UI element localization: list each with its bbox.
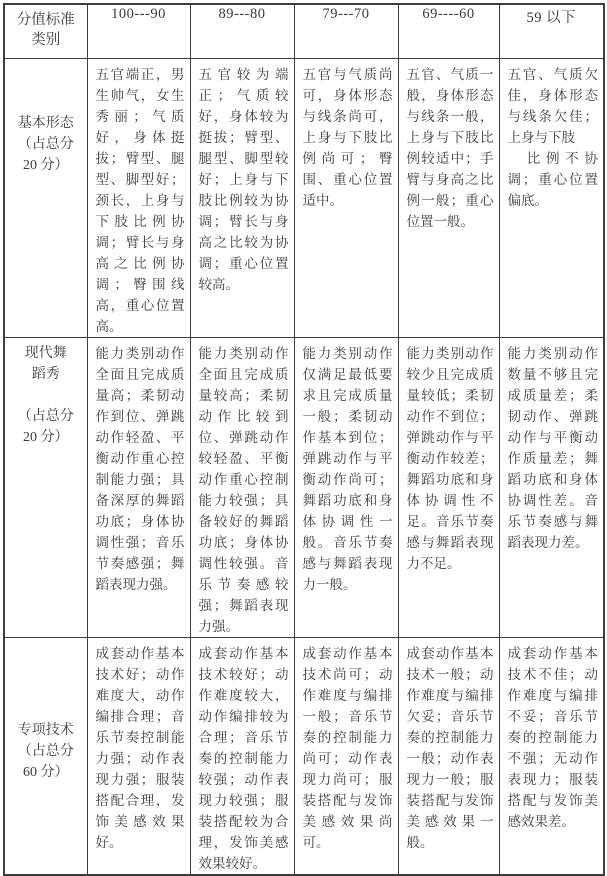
criteria-cell: 能力类别动作全面且完成质量高；柔韧动作到位、弹跳动作轻盈、平衡动作重心控制能力强… [87,337,190,637]
criteria-cell: 五官、气质一般，身体形态与线条一般，上身与下肢比例较适中；手臂与身高之比例一般；… [398,58,499,337]
score-range-header-79-70: 79---70 [294,4,398,58]
criteria-cell: 能力类别动作数量不够且完成质量差；柔韧动作、弹跳动作与平衡动作质量差；舞蹈功底和… [499,337,604,637]
criteria-cell: 成套动作基本技术较好；动作难度较大，动作编排较为合理；音乐节奏的控制能力较强；动… [190,637,294,875]
criteria-cell: 五官端正，男生帅气，女生秀丽；气质好，身体挺拔；臂型、腿型、脚型好；颈长，上身与… [87,58,190,337]
criteria-cell: 成套动作基本技术尚可；动作难度与编排一般；音乐节奏的控制能力尚可；动作表现力尚可… [294,637,398,875]
table-row-modern-dance: 现代舞 蹈秀 （占总分 20 分） 能力类别动作全面且完成质量高；柔韧动作到位、… [4,337,604,637]
criteria-cell: 能力类别动作较少且完成质量较低；柔韧动作不到位；弹跳动作与平衡动作较差；舞蹈功底… [398,337,499,637]
category-cell-modern-dance: 现代舞 蹈秀 （占总分 20 分） [4,337,87,637]
criteria-cell: 能力类别动作全面且完成质量较高；柔韧动作比较到位、弹跳动作较轻盈、平衡动作重心控… [190,337,294,637]
score-range-header-89-80: 89---80 [190,4,294,58]
scoring-rubric-table: 分值标准 类别 100---90 89---80 79---70 69----6… [3,3,605,876]
document-page: 分值标准 类别 100---90 89---80 79---70 69----6… [0,0,607,834]
criteria-cell: 能力类别动作仅满足最低要求且完成质量一般；柔韧动作基本到位；弹跳动作与平衡动作尚… [294,337,398,637]
criteria-cell: 成套动作基本技术好；动作难度大，动作编排合理；音乐节奏控制能力强；动作表现力强；… [87,637,190,875]
criteria-cell: 成套动作基本技术一般；动作难度与编排欠妥；音乐节奏的控制能力一般；动作表现力一般… [398,637,499,875]
header-row: 分值标准 类别 100---90 89---80 79---70 69----6… [4,4,604,58]
score-range-header-69-60: 69----60 [398,4,499,58]
score-range-header-100-90: 100---90 [87,4,190,58]
criteria-cell: 五官与气质尚可，身体形态与线条尚可，上身与下肢比例尚可；臀围、重心位置适中。 [294,58,398,337]
criteria-cell: 五官较为端正；气质较好，身体较为挺拔；臂型、腿型、脚型较好；上身与下肢比例较为协… [190,58,294,337]
score-range-header-59-below: 59 以下 [499,4,604,58]
criteria-cell: 五官、气质欠佳，身体形态与线条欠佳；上身与下肢 比例不协调；重心位置偏底。 [499,58,604,337]
table-row-basic-form: 基本形态 （占总分 20 分） 五官端正，男生帅气，女生秀丽；气质好，身体挺拔；… [4,58,604,337]
category-cell-special-technique: 专项技术 （占总分 60 分） [4,637,87,875]
table-row-special-technique: 专项技术 （占总分 60 分） 成套动作基本技术好；动作难度大，动作编排合理；音… [4,637,604,875]
criteria-cell: 成套动作基本技术不佳；动作难度与编排不妥；音乐节奏的控制能力不强；无动作表现力；… [499,637,604,875]
corner-header-cell: 分值标准 类别 [4,4,87,58]
category-cell-basic-form: 基本形态 （占总分 20 分） [4,58,87,337]
